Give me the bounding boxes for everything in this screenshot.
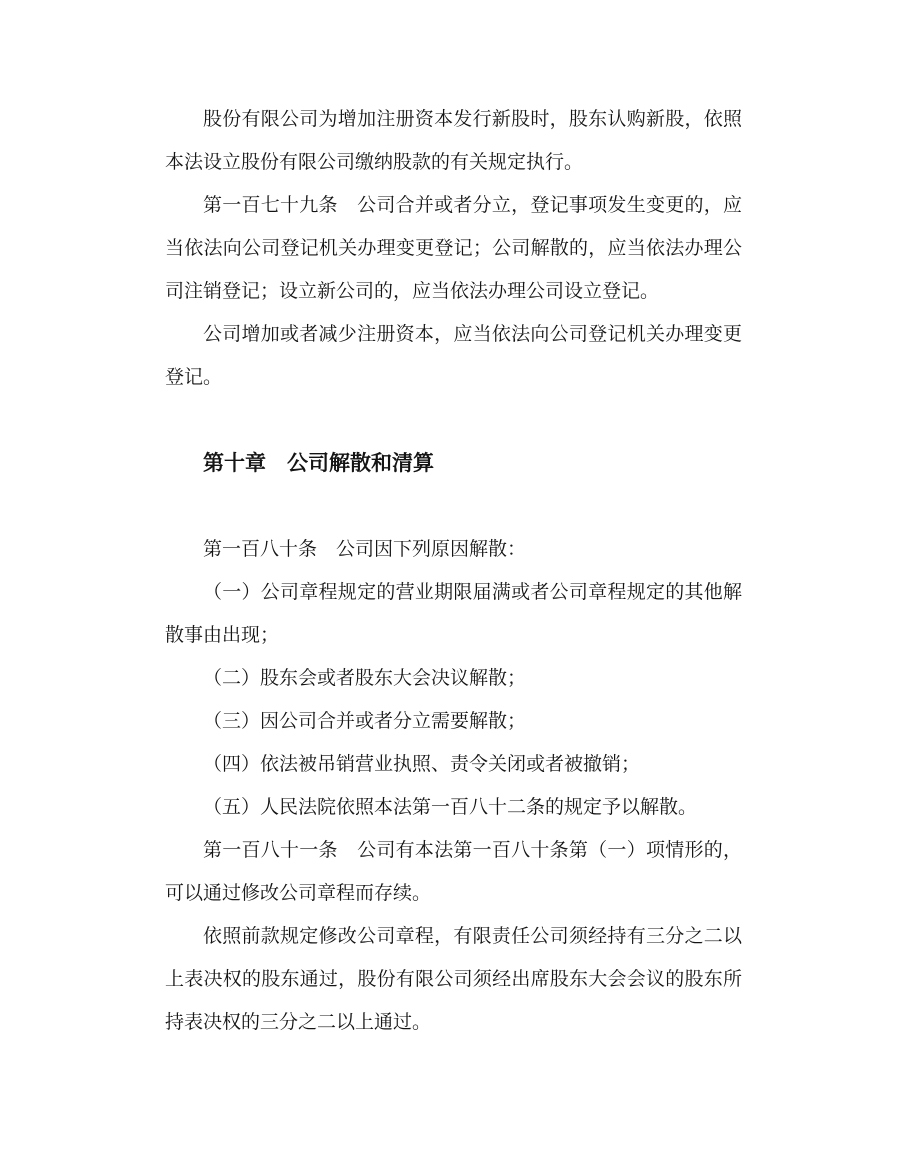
- article-paragraph: 第一百八十条 公司因下列原因解散：: [165, 528, 742, 571]
- chapter-heading: 第十章 公司解散和清算: [165, 442, 742, 485]
- body-paragraph: 股份有限公司为增加注册资本发行新股时，股东认购新股，依照本法设立股份有限公司缴纳…: [165, 98, 742, 184]
- document-text-block: 股份有限公司为增加注册资本发行新股时，股东认购新股，依照本法设立股份有限公司缴纳…: [165, 98, 742, 1044]
- list-item-paragraph: （五）人民法院依照本法第一百八十二条的规定予以解散。: [165, 786, 742, 829]
- list-item-paragraph: （四）依法被吊销营业执照、责令关闭或者被撤销；: [165, 743, 742, 786]
- article-paragraph: 第一百八十一条 公司有本法第一百八十条第（一）项情形的，可以通过修改公司章程而存…: [165, 829, 742, 915]
- list-item-paragraph: （一）公司章程规定的营业期限届满或者公司章程规定的其他解散事由出现；: [165, 571, 742, 657]
- body-paragraph: 第一百七十九条 公司合并或者分立，登记事项发生变更的，应当依法向公司登记机关办理…: [165, 184, 742, 313]
- list-item-paragraph: （二）股东会或者股东大会决议解散；: [165, 657, 742, 700]
- body-paragraph: 依照前款规定修改公司章程，有限责任公司须经持有三分之二以上表决权的股东通过，股份…: [165, 915, 742, 1044]
- document-page: 股份有限公司为增加注册资本发行新股时，股东认购新股，依照本法设立股份有限公司缴纳…: [0, 0, 900, 1165]
- body-paragraph: 公司增加或者减少注册资本，应当依法向公司登记机关办理变更登记。: [165, 313, 742, 399]
- list-item-paragraph: （三）因公司合并或者分立需要解散；: [165, 700, 742, 743]
